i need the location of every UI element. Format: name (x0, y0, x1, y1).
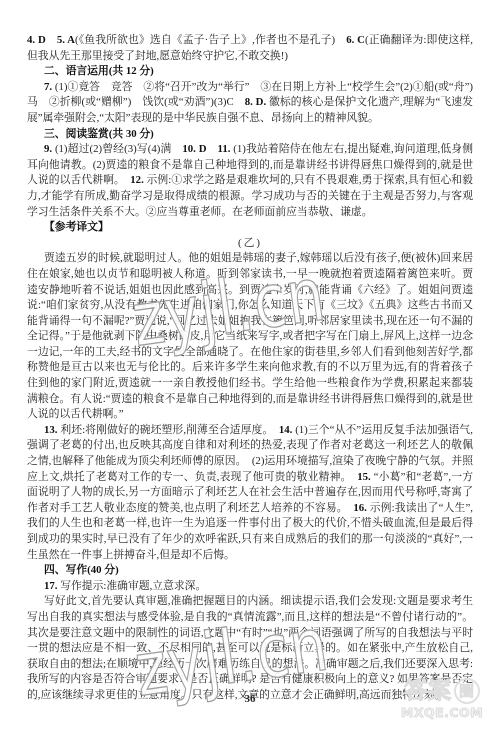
answer-content: 4. D 5. A(《鱼我所欲也》选自《孟子·告子上》,作者也不是孔子) 6. … (27, 33, 473, 704)
scanned-answer-page: 4. D 5. A(《鱼我所欲也》选自《孟子·告子上》,作者也不是孔子) 6. … (0, 0, 500, 736)
bold-run: 4. D (27, 34, 57, 46)
logo-site-url: MXQE.COM (390, 705, 494, 720)
bold-run: 8. D. (245, 96, 269, 108)
text-run: 写作提示:准确审题,立意求深。 (60, 580, 206, 592)
bold-run: 7. (44, 81, 55, 93)
text-run: (乙) (238, 237, 262, 249)
bold-run: 10. D 11. (182, 143, 233, 155)
bold-run: 【参考译文】 (44, 221, 109, 233)
bold-run: 四、写作(40 分) (44, 564, 119, 576)
answers-9-12: 9. (1)超过(2)曾经(3)写(4)满 10. D 11. (1)我站着陪侍… (27, 142, 473, 220)
text-run: 贾逵五岁的时候,就聪明过人。他的姐姐是韩瑶的妻子,嫁韩瑶以后没有孩子,便(被休)… (27, 252, 473, 420)
text-run: (《鱼我所欲也》选自《孟子·告子上》,作者也不是孔子) (75, 34, 346, 46)
passage-label-yi: (乙) (27, 236, 473, 252)
bold-run: 16. (353, 502, 369, 514)
page-number: 36 (0, 693, 500, 705)
bold-run: 13. (44, 424, 60, 436)
text-run: 写好此文,首先要认真审题,准确把握题目的内涵。细读提示语,我们会发现:文题是要求… (27, 595, 473, 701)
translation-paragraph: 贾逵五岁的时候,就聪明过人。他的姐姐是韩瑶的妻子,嫁韩瑶以后没有孩子,便(被休)… (27, 251, 473, 423)
answer-17-tip: 17. 写作提示:准确审题,立意求深。 (27, 579, 473, 595)
bold-run: 三、阅读鉴赏(共 30 分) (44, 128, 154, 140)
text-run: 利坯:将刚做好的碗坯塑形,削薄至合适厚度。 (60, 424, 279, 436)
bold-run: 二、语言运用(共 12 分) (44, 65, 154, 77)
answers-13-16: 13. 利坯:将刚做好的碗坯塑形,削薄至合适厚度。 14. (1)三个“从不”运… (27, 423, 473, 563)
answers-4-6: 4. D 5. A(《鱼我所欲也》选自《孟子·告子上》,作者也不是孔子) 6. … (27, 33, 473, 64)
answers-7-8: 7. (1)①竟答 竞答 ②将“召开”改为“举行” ③在日期上方补上“校学生会”… (27, 80, 473, 127)
bold-run: 12. (130, 174, 146, 186)
bold-run: 5. A (57, 34, 75, 46)
section-header-writing: 四、写作(40 分) (27, 563, 473, 579)
reference-translation-label: 【参考译文】 (27, 220, 473, 236)
bold-run: 17. (44, 580, 60, 592)
bold-run: 6. C (346, 34, 365, 46)
text-run: (1)超过(2)曾经(3)写(4)满 (55, 143, 182, 155)
bold-run: 9. (44, 143, 55, 155)
section-header-language: 二、语言运用(共 12 分) (27, 64, 473, 80)
writing-guidance: 写好此文,首先要认真审题,准确把握题目的内涵。细读提示语,我们会发现:文题是要求… (27, 594, 473, 703)
bold-run: 14. (279, 424, 295, 436)
bold-run: 15. (357, 471, 373, 483)
section-header-reading: 三、阅读鉴赏(共 30 分) (27, 127, 473, 143)
